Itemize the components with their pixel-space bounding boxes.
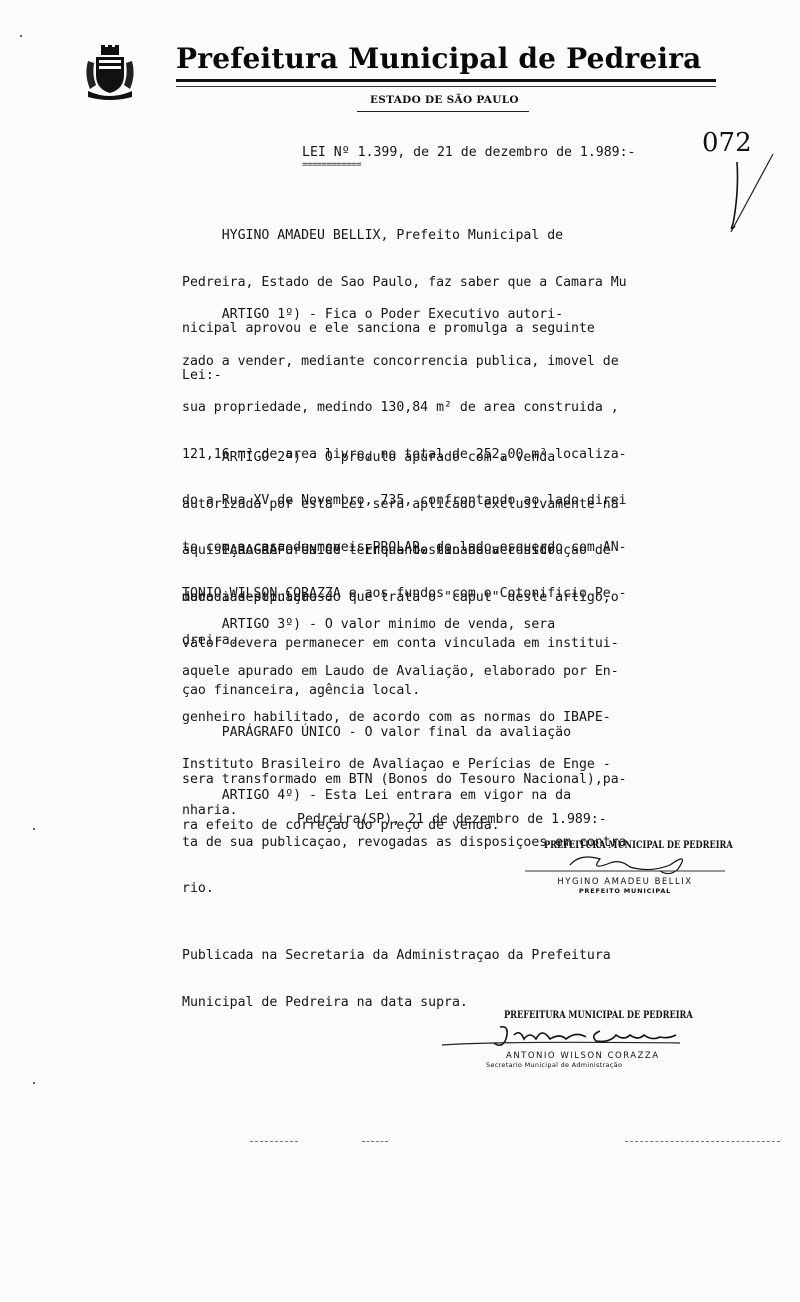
secretary-role: Secretario Municipal de Administração (486, 1061, 700, 1069)
artigo-1-line: ARTIGO 1º) - Fica o Poder Executivo auto… (182, 307, 627, 323)
secretary-stamp: PREFEITURA MUNICIPAL DE PEDREIRA (504, 1010, 665, 1021)
artigo-3-line: ARTIGO 3º) - O valor minimo de venda, se… (182, 617, 619, 633)
scan-artifact-line (250, 1141, 298, 1142)
publication-note-line: Publicada na Secretaria da Administraçao… (182, 948, 611, 964)
scan-artifact-dot (20, 35, 22, 37)
secretary-signature-icon (440, 1021, 700, 1051)
mayor-role: PREFEITO MUNICIPAL (520, 887, 730, 895)
secretary-signature-block: PREFEITURA MUNICIPAL DE PEDREIRA ANTONIO… (440, 1010, 700, 1069)
page-title: Prefeitura Municipal de Pedreira (176, 42, 702, 75)
preamble-line: HYGINO AMADEU BELLIX, Prefeito Municipal… (182, 228, 627, 244)
publication-note-line: Municipal de Pedreira na data supra. (182, 995, 611, 1011)
scan-artifact-line (362, 1141, 388, 1142)
law-title-underline: ============ (302, 160, 361, 170)
artigo-1-line: zado a vender, mediante concorrencia pub… (182, 354, 627, 370)
handwritten-check-mark-icon (725, 152, 775, 237)
mayor-name: HYGINO AMADEU BELLIX (520, 877, 730, 887)
mayor-signature-block: PREFEITURA MUNICIPAL DE PEDREIRA HYGINO … (520, 840, 730, 895)
paragrafo-unico-2-line: PARÁGRAFO ÚNICO - O valor final da avali… (182, 725, 627, 741)
scan-artifact-dot (33, 828, 35, 830)
secretary-name: ANTONIO WILSON CORAZZA (506, 1051, 700, 1061)
municipal-coat-of-arms-icon (82, 45, 138, 101)
scan-artifact-line (625, 1141, 780, 1142)
artigo-2-line: autorizada por esta Lei sera aplicado ex… (182, 497, 619, 513)
place-and-date: Pedreira(SP), 21 de dezembro de 1.989:- (297, 812, 607, 828)
mayor-signature-icon (520, 851, 730, 877)
subtitle-divider (357, 111, 529, 112)
state-subtitle: ESTADO DE SÃO PAULO (370, 94, 519, 106)
artigo-3-line: aquele apurado em Laudo de Avaliaçäo, el… (182, 664, 619, 680)
artigo-4-line: ARTIGO 4º) - Esta Lei entrara em vigor n… (182, 788, 627, 804)
artigo-2-line: ARTIGO 2º) - O produto apurado com a ven… (182, 450, 619, 466)
title-divider (176, 79, 716, 87)
law-title: LEI Nº 1.399, de 21 de dezembro de 1.989… (302, 145, 635, 161)
mayor-stamp: PREFEITURA MUNICIPAL DE PEDREIRA (544, 840, 697, 851)
artigo-1-line: sua propriedade, medindo 130,84 m² de ar… (182, 400, 627, 416)
paragrafo-unico-1-line: PARAGRAFO UNICO - Enquanto nao houver si… (182, 543, 619, 559)
scan-artifact-dot (33, 1082, 35, 1084)
